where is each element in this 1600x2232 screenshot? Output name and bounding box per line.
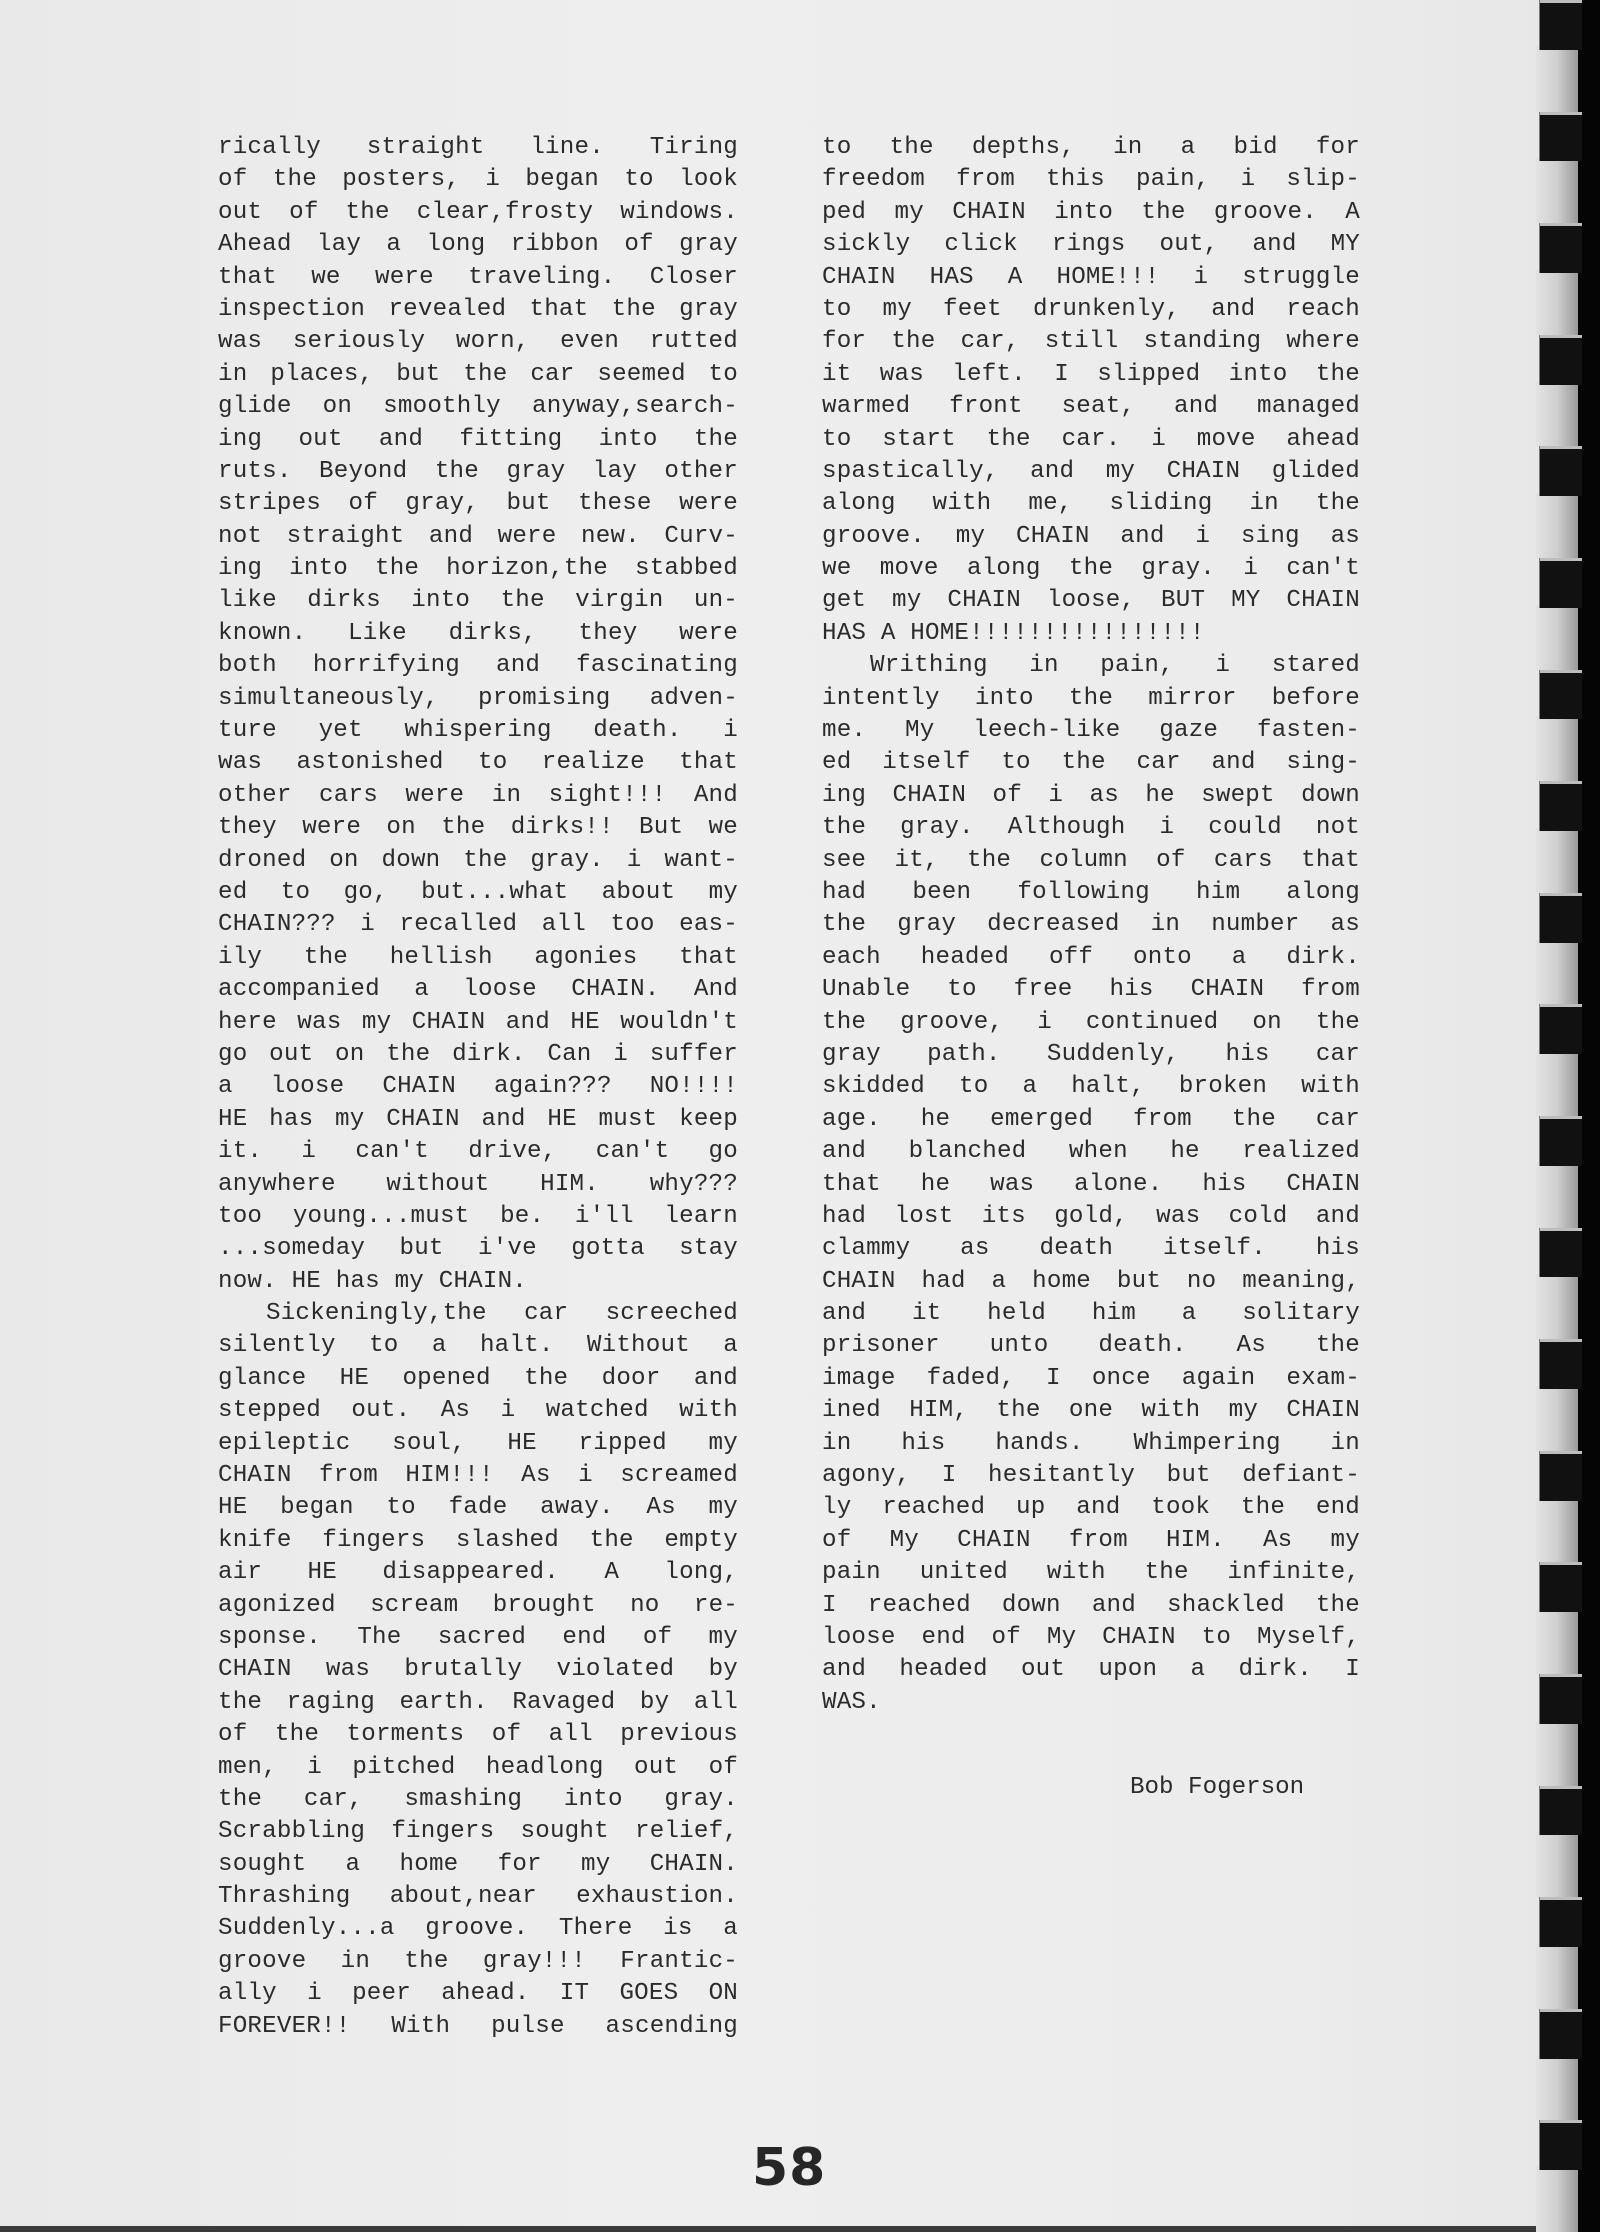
binding-tooth — [1540, 1451, 1582, 1501]
text-line: they were on the dirks!! But we — [218, 812, 738, 844]
text-line: skidded to a halt, broken with — [822, 1071, 1360, 1103]
text-line: stripes of gray, but these were — [218, 488, 738, 520]
binding-tooth — [1540, 1228, 1582, 1278]
text-line: image faded, I once again exam- — [822, 1363, 1360, 1395]
text-line: the groove, i continued on the — [822, 1007, 1360, 1039]
text-line: like dirks into the virgin un- — [218, 585, 738, 617]
text-line: intently into the mirror before — [822, 683, 1360, 715]
binding-tooth — [1540, 446, 1582, 496]
binding-tooth — [1540, 1786, 1582, 1836]
text-line: it was left. I slipped into the — [822, 359, 1360, 391]
text-line: sought a home for my CHAIN. — [218, 1849, 738, 1881]
text-line: ing out and fitting into the — [218, 424, 738, 456]
text-line: inspection revealed that the gray — [218, 294, 738, 326]
text-line: Thrashing about,near exhaustion. — [218, 1881, 738, 1913]
text-line: had lost its gold, was cold and — [822, 1201, 1360, 1233]
text-line: see it, the column of cars that — [822, 845, 1360, 877]
binding-slot — [1536, 716, 1578, 781]
page-number: 58 — [752, 2138, 826, 2198]
text-line: for the car, still standing where — [822, 326, 1360, 358]
binding-slot — [1536, 605, 1578, 670]
text-line: epileptic soul, HE ripped my — [218, 1428, 738, 1460]
text-line: get my CHAIN loose, BUT MY CHAIN — [822, 585, 1360, 617]
text-line: knife fingers slashed the empty — [218, 1525, 738, 1557]
text-line: other cars were in sight!!! And — [218, 780, 738, 812]
binding-slot — [1536, 1832, 1578, 1897]
text-line: droned on down the gray. i want- — [218, 845, 738, 877]
text-line: ing into the horizon,the stabbed — [218, 553, 738, 585]
binding-slot — [1536, 1051, 1578, 1116]
text-line: now. HE has my CHAIN. — [218, 1266, 738, 1298]
text-line: ly reached up and took the end — [822, 1492, 1360, 1524]
binding-slot — [1536, 382, 1578, 447]
binding-tooth — [1540, 558, 1582, 608]
text-line: go out on the dirk. Can i suffer — [218, 1039, 738, 1071]
text-line: had been following him along — [822, 877, 1360, 909]
text-line: of the torments of all previous — [218, 1719, 738, 1751]
text-line: age. he emerged from the car — [822, 1104, 1360, 1136]
binding-slot — [1536, 493, 1578, 558]
text-line: each headed off onto a dirk. — [822, 942, 1360, 974]
text-line: Sickeningly,the car screeched — [218, 1298, 738, 1330]
text-line: CHAIN had a home but no meaning, — [822, 1266, 1360, 1298]
page-bottom-edge — [0, 2226, 1600, 2232]
text-line: I reached down and shackled the — [822, 1590, 1360, 1622]
binding-slot — [1536, 2056, 1578, 2121]
text-line: ruts. Beyond the gray lay other — [218, 456, 738, 488]
text-line: air HE disappeared. A long, — [218, 1557, 738, 1589]
text-line: FOREVER!! With pulse ascending — [218, 2011, 738, 2043]
binding-tooth — [1540, 112, 1582, 162]
text-line: we move along the gray. i can't — [822, 553, 1360, 585]
text-line: gray path. Suddenly, his car — [822, 1039, 1360, 1071]
binding-slot — [1536, 828, 1578, 893]
binding-slot — [1536, 158, 1578, 223]
text-line: that he was alone. his CHAIN — [822, 1169, 1360, 1201]
text-line: rically straight line. Tiring — [218, 132, 738, 164]
binding-tooth — [1540, 893, 1582, 943]
binding-slot — [1536, 1386, 1578, 1451]
text-line: groove in the gray!!! Frantic- — [218, 1946, 738, 1978]
text-line: Writhing in pain, i stared — [822, 650, 1360, 682]
text-line: to start the car. i move ahead — [822, 424, 1360, 456]
text-line: Unable to free his CHAIN from — [822, 974, 1360, 1006]
binding-slot — [1536, 1944, 1578, 2009]
text-line: along with me, sliding in the — [822, 488, 1360, 520]
text-line: and blanched when he realized — [822, 1136, 1360, 1168]
author-signature: Bob Fogerson — [1130, 1774, 1304, 1801]
text-line: of the posters, i began to look — [218, 164, 738, 196]
text-line: to my feet drunkenly, and reach — [822, 294, 1360, 326]
text-line: ed itself to the car and sing- — [822, 747, 1360, 779]
text-line: pain united with the infinite, — [822, 1557, 1360, 1589]
text-line: Ahead lay a long ribbon of gray — [218, 229, 738, 261]
binding-tooth — [1540, 1562, 1582, 1612]
text-line: Suddenly...a groove. There is a — [218, 1913, 738, 1945]
binding-slot — [1536, 1163, 1578, 1228]
text-line: out of the clear,frosty windows. — [218, 197, 738, 229]
binding-slot — [1536, 1274, 1578, 1339]
text-line: to the depths, in a bid for — [822, 132, 1360, 164]
binding-slot — [1536, 1721, 1578, 1786]
text-line: me. My leech-like gaze fasten- — [822, 715, 1360, 747]
text-line: ing CHAIN of i as he swept down — [822, 780, 1360, 812]
text-line: stepped out. As i watched with — [218, 1395, 738, 1427]
text-line: anywhere without HIM. why??? — [218, 1169, 738, 1201]
text-line: prisoner unto death. As the — [822, 1330, 1360, 1362]
text-line: a loose CHAIN again??? NO!!!! — [218, 1071, 738, 1103]
binding-tooth — [1540, 223, 1582, 273]
text-line: agony, I hesitantly but defiant- — [822, 1460, 1360, 1492]
binding-tooth — [1540, 1116, 1582, 1166]
text-line: the gray decreased in number as — [822, 909, 1360, 941]
text-line: spastically, and my CHAIN glided — [822, 456, 1360, 488]
left-text-column: rically straight line. Tiringof the post… — [218, 132, 738, 2043]
text-line: accompanied a loose CHAIN. And — [218, 974, 738, 1006]
text-line: Scrabbling fingers sought relief, — [218, 1816, 738, 1848]
text-line: ally i peer ahead. IT GOES ON — [218, 1978, 738, 2010]
text-line: not straight and were new. Curv- — [218, 521, 738, 553]
text-line: here was my CHAIN and HE wouldn't — [218, 1007, 738, 1039]
text-line: agonized scream brought no re- — [218, 1590, 738, 1622]
text-line: ined HIM, the one with my CHAIN — [822, 1395, 1360, 1427]
text-line: the gray. Although i could not — [822, 812, 1360, 844]
text-line: men, i pitched headlong out of — [218, 1752, 738, 1784]
text-line: HAS A HOME!!!!!!!!!!!!!!!! — [822, 618, 1360, 650]
binding-tooth — [1540, 0, 1582, 50]
binding-tooth — [1540, 1004, 1582, 1054]
binding-tooth — [1540, 1897, 1582, 1947]
text-line: CHAIN was brutally violated by — [218, 1654, 738, 1686]
text-line: loose end of My CHAIN to Myself, — [822, 1622, 1360, 1654]
binding-slot — [1536, 1609, 1578, 1674]
text-line: CHAIN??? i recalled all too eas- — [218, 909, 738, 941]
text-line: in his hands. Whimpering in — [822, 1428, 1360, 1460]
text-line: it. i can't drive, can't go — [218, 1136, 738, 1168]
text-line: groove. my CHAIN and i sing as — [822, 521, 1360, 553]
text-line: of My CHAIN from HIM. As my — [822, 1525, 1360, 1557]
text-line: CHAIN from HIM!!! As i screamed — [218, 1460, 738, 1492]
binding-slot — [1536, 2167, 1578, 2232]
text-line: in places, but the car seemed to — [218, 359, 738, 391]
binding-slot — [1536, 1498, 1578, 1563]
text-line: was seriously worn, even rutted — [218, 326, 738, 358]
binding-tooth — [1540, 335, 1582, 385]
text-line: CHAIN HAS A HOME!!! i struggle — [822, 262, 1360, 294]
text-line: freedom from this pain, i slip- — [822, 164, 1360, 196]
text-line: too young...must be. i'll learn — [218, 1201, 738, 1233]
text-line: ped my CHAIN into the groove. A — [822, 197, 1360, 229]
text-line: sponse. The sacred end of my — [218, 1622, 738, 1654]
right-text-column: to the depths, in a bid forfreedom from … — [822, 132, 1360, 1719]
text-line: known. Like dirks, they were — [218, 618, 738, 650]
binding-tooth — [1540, 670, 1582, 720]
binding-tooth — [1540, 781, 1582, 831]
text-line: that we were traveling. Closer — [218, 262, 738, 294]
text-line: and headed out upon a dirk. I — [822, 1654, 1360, 1686]
text-line: ed to go, but...what about my — [218, 877, 738, 909]
text-line: HE has my CHAIN and HE must keep — [218, 1104, 738, 1136]
text-line: the car, smashing into gray. — [218, 1784, 738, 1816]
text-line: WAS. — [822, 1687, 1360, 1719]
binding-slot — [1536, 940, 1578, 1005]
text-line: glide on smoothly anyway,search- — [218, 391, 738, 423]
text-line: ily the hellish agonies that — [218, 942, 738, 974]
binding-slot — [1536, 47, 1578, 112]
text-line: was astonished to realize that — [218, 747, 738, 779]
text-line: glance HE opened the door and — [218, 1363, 738, 1395]
binding-slot — [1536, 270, 1578, 335]
text-line: clammy as death itself. his — [822, 1233, 1360, 1265]
text-line: both horrifying and fascinating — [218, 650, 738, 682]
text-line: warmed front seat, and managed — [822, 391, 1360, 423]
binding-tooth — [1540, 1674, 1582, 1724]
text-line: simultaneously, promising adven- — [218, 683, 738, 715]
text-line: silently to a halt. Without a — [218, 1330, 738, 1362]
text-line: ture yet whispering death. i — [218, 715, 738, 747]
binding-tooth — [1540, 2120, 1582, 2170]
binding-tooth — [1540, 2009, 1582, 2059]
text-line: ...someday but i've gotta stay — [218, 1233, 738, 1265]
comb-binding-icon — [1482, 0, 1600, 2232]
text-line: and it held him a solitary — [822, 1298, 1360, 1330]
text-line: the raging earth. Ravaged by all — [218, 1687, 738, 1719]
document-page: rically straight line. Tiringof the post… — [0, 0, 1600, 2232]
binding-tooth — [1540, 1339, 1582, 1389]
text-line: HE began to fade away. As my — [218, 1492, 738, 1524]
text-line: sickly click rings out, and MY — [822, 229, 1360, 261]
